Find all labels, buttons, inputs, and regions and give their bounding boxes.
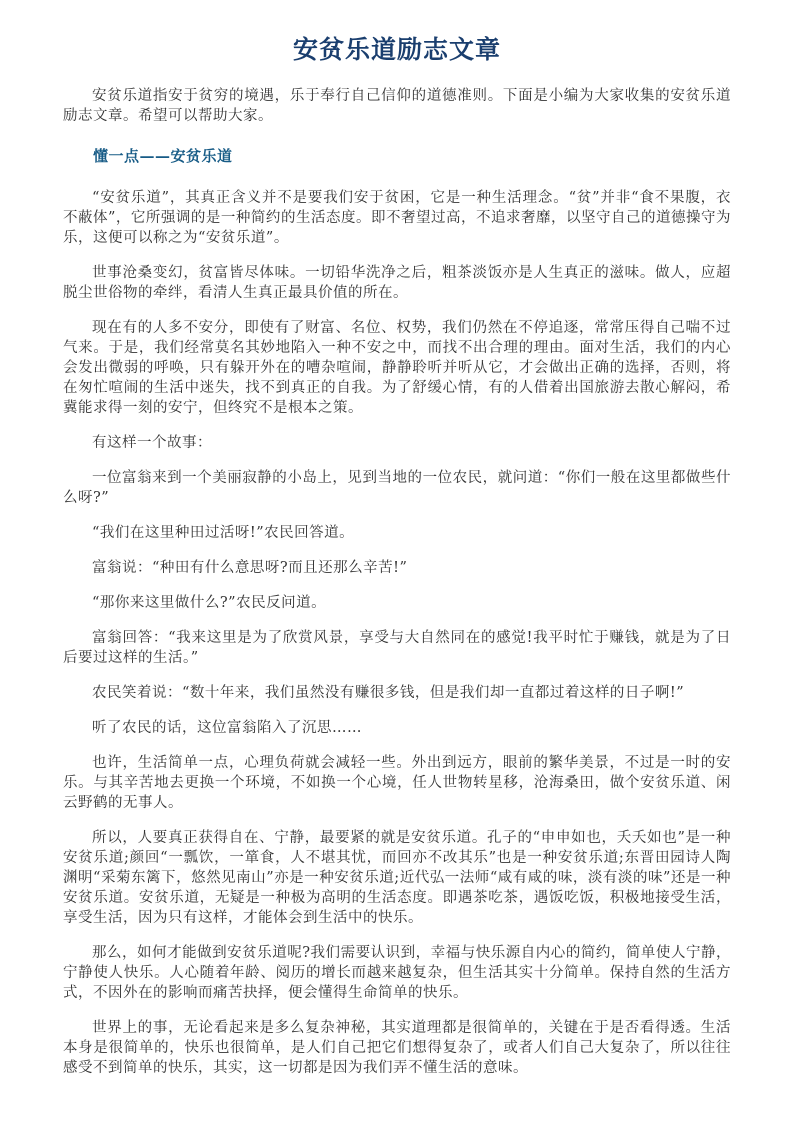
body-paragraph: 所以，人要真正获得自在、宁静，最要紧的就是安贫乐道。孔子的“申申如也，夭夭如也”…: [63, 828, 731, 928]
body-paragraph: 世事沧桑变幻，贫富皆尽体味。一切铅华洗净之后，粗茶淡饭亦是人生真正的滋味。做人，…: [63, 263, 731, 303]
body-paragraph: 有这样一个故事：: [63, 433, 731, 453]
body-paragraph: 也许，生活简单一点，心理负荷就会减轻一些。外出到远方，眼前的繁华美景，不过是一时…: [63, 753, 731, 813]
body-paragraph: 农民笑着说：“数十年来，我们虽然没有赚很多钱，但是我们却一直都过着这样的日子啊!…: [63, 683, 731, 703]
section-heading: 懂一点——安贫乐道: [63, 146, 731, 166]
document-page: 安贫乐道励志文章 安贫乐道指安于贫穷的境遇，乐于奉行自己信仰的道德准则。下面是小…: [0, 0, 794, 1123]
body-paragraph: 现在有的人多不安分，即使有了财富、名位、权势，我们仍然在不停追逐，常常压得自己喘…: [63, 318, 731, 418]
body-paragraph: “安贫乐道”，其真正含义并不是要我们安于贫困，它是一种生活理念。“贫”并非“食不…: [63, 188, 731, 248]
body-paragraph: 富翁回答：“我来这里是为了欣赏风景，享受与大自然同在的感觉!我平时忙于赚钱，就是…: [63, 628, 731, 668]
body-paragraph: 富翁说：“种田有什么意思呀?而且还那么辛苦!”: [63, 558, 731, 578]
document-title: 安贫乐道励志文章: [63, 30, 731, 66]
body-paragraph: “那你来这里做什么?”农民反问道。: [63, 593, 731, 613]
body-paragraph: 世界上的事，无论看起来是多么复杂神秘，其实道理都是很简单的，关键在于是否看得透。…: [63, 1018, 731, 1078]
body-paragraph: “我们在这里种田过活呀!”农民回答道。: [63, 523, 731, 543]
intro-paragraph: 安贫乐道指安于贫穷的境遇，乐于奉行自己信仰的道德准则。下面是小编为大家收集的安贫…: [63, 86, 731, 126]
body-paragraph: 那么，如何才能做到安贫乐道呢?我们需要认识到，幸福与快乐源自内心的简约，简单使人…: [63, 943, 731, 1003]
document-body: 安贫乐道指安于贫穷的境遇，乐于奉行自己信仰的道德准则。下面是小编为大家收集的安贫…: [63, 86, 731, 1078]
body-paragraph: 听了农民的话，这位富翁陷入了沉思……: [63, 718, 731, 738]
body-paragraph: 一位富翁来到一个美丽寂静的小岛上，见到当地的一位农民，就问道：“你们一般在这里都…: [63, 468, 731, 508]
